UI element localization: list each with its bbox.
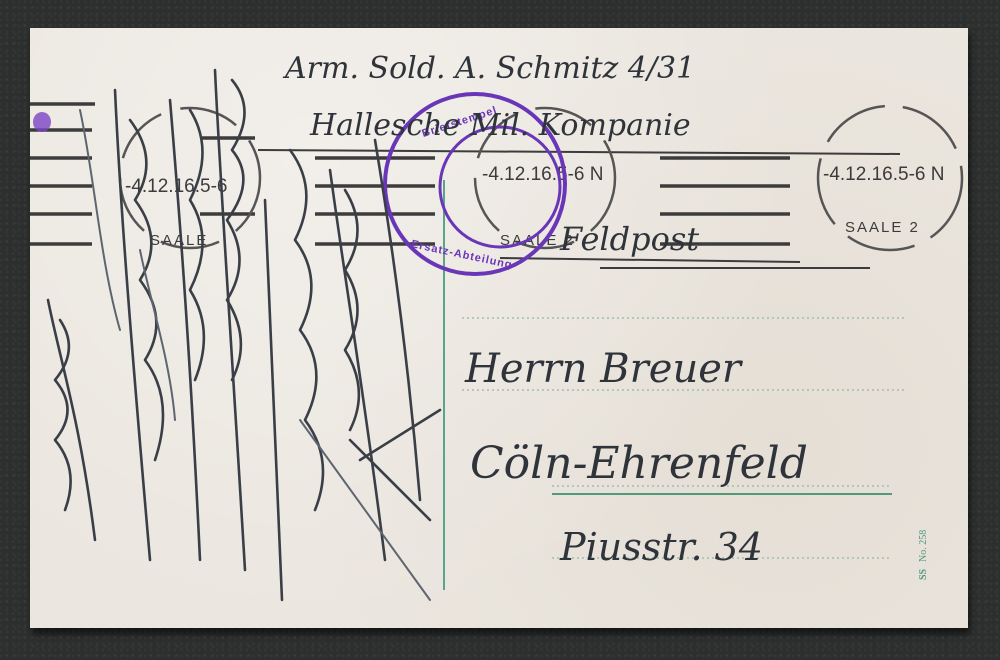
sender-line-2: Hallesche Mil. Kompanie [309,108,691,143]
svg-text:-4.12.16.5-6 N: -4.12.16.5-6 N [823,164,944,185]
postcard-markings: -4.12.16.5-6 SAALE -4.12.16.5-6 N SAALE … [0,0,1000,660]
svg-text:SAALE 2: SAALE 2 [845,219,920,236]
recipient-line-3: Piusstr. 34 [559,525,763,569]
recipient-line-2: Cöln-Ehrenfeld [470,438,808,489]
postmark-right: -4.12.16.5-6 N SAALE 2 [818,106,962,250]
postmark-left: -4.12.16.5-6 SAALE [120,108,260,249]
svg-text:-4.12.16.5-6 N: -4.12.16.5-6 N [482,164,603,185]
violet-smudge [33,112,51,132]
svg-text:No. 258: No. 258 [918,530,929,562]
printer-mark: SS No. 258 [918,530,929,580]
sender-line-1: Arm. Sold. A. Schmitz 4/31 [282,51,695,86]
service-mark: Feldpost [559,220,699,258]
message-handwriting [48,70,440,600]
svg-text:Ersatz-Abteilung: Ersatz-Abteilung [410,238,514,271]
svg-text:SS: SS [918,568,929,580]
recipient-line-1: Herrn Breuer [464,346,744,392]
